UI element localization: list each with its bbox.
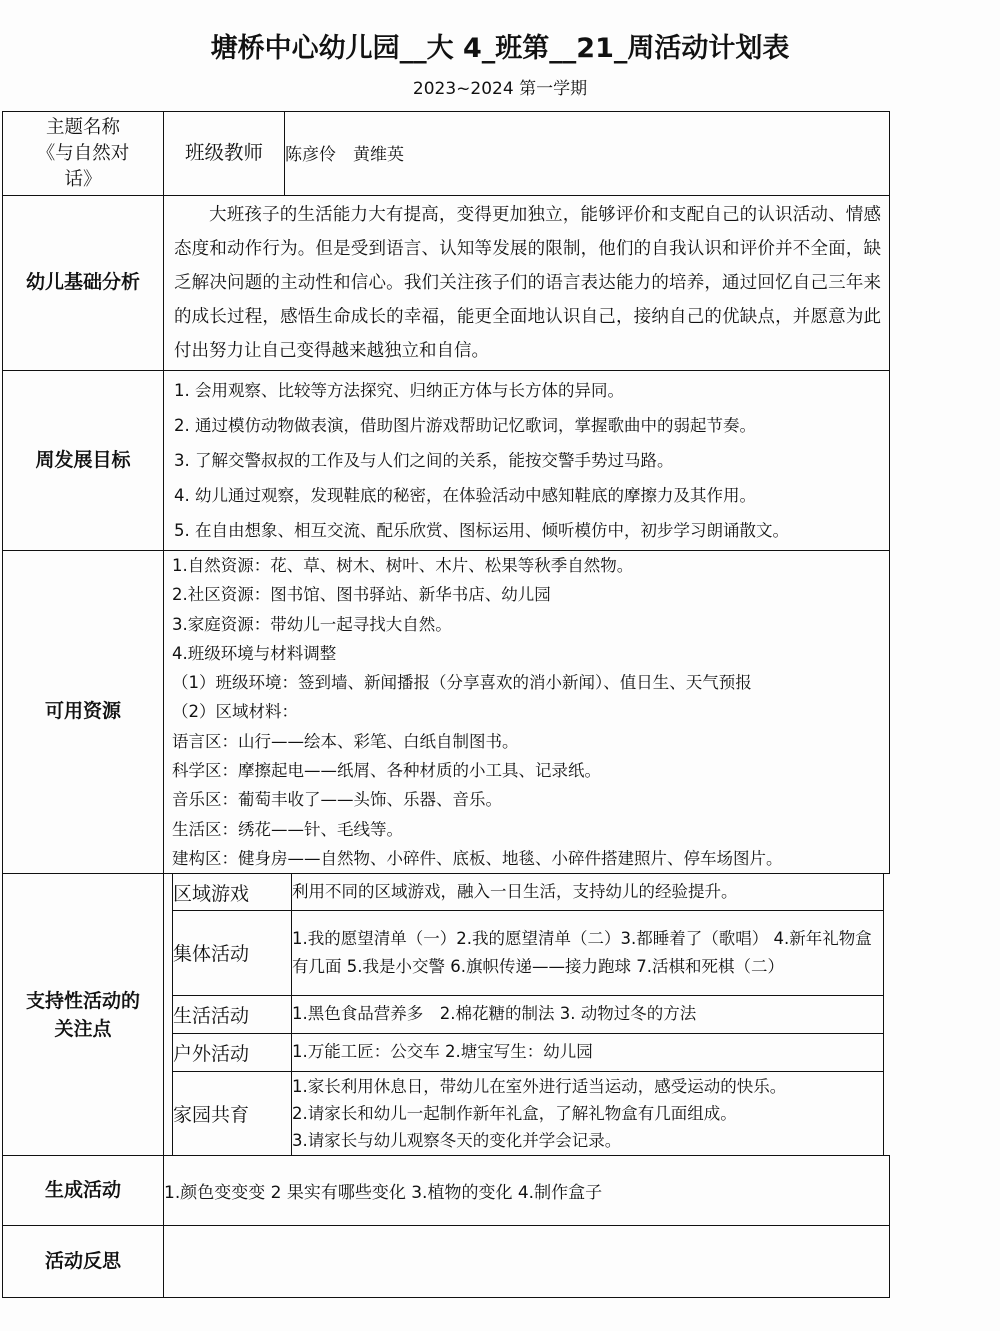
- sub-label-group-activity: 集体活动: [173, 910, 292, 995]
- sub-value-life-activity: 1.黑色食品营养多 2.棉花糖的制法 3. 动物过冬的方法: [292, 995, 884, 1033]
- support-label-cell: 支持性活动的 关注点: [3, 874, 164, 1156]
- teacher-names: 陈彦伶 黄维英: [285, 112, 890, 196]
- sub-value-group-activity: 1.我的愿望清单（一）2.我的愿望清单（二）3.都睡着了（歌唱） 4.新年礼物盒…: [292, 910, 884, 995]
- sub-label-life-activity: 生活活动: [173, 995, 292, 1033]
- support-label-line2: 关注点: [3, 1015, 163, 1043]
- home-school-item: 3.请家长与幼儿观察冬天的变化并学会记录。: [292, 1127, 883, 1154]
- reflection-row: 活动反思: [3, 1226, 890, 1298]
- analysis-text: 大班孩子的生活能力大有提高，变得更加独立，能够评价和支配自己的认识活动、情感态度…: [164, 196, 889, 370]
- sub-label-home-school: 家园共育: [173, 1071, 292, 1155]
- goal-item: 5. 在自由想象、相互交流、配乐欣赏、图标运用、倾听模仿中，初步学习朗诵散文。: [164, 513, 889, 548]
- support-subrow: 生活活动 1.黑色食品营养多 2.棉花糖的制法 3. 动物过冬的方法: [173, 995, 884, 1033]
- weekly-plan-table: 主题名称 《与自然对 话》 班级教师 陈彦伶 黄维英 幼儿基础分析 大班孩子的生…: [2, 111, 890, 1298]
- analysis-row: 幼儿基础分析 大班孩子的生活能力大有提高，变得更加独立，能够评价和支配自己的认识…: [3, 196, 890, 371]
- goals-cell: 1. 会用观察、比较等方法探究、归纳正方体与长方体的异同。 2. 通过模仿动物做…: [164, 371, 890, 551]
- resource-item: 音乐区：葡萄丰收了——头饰、乐器、音乐。: [164, 785, 889, 814]
- reflection-label: 活动反思: [3, 1226, 164, 1298]
- resource-item: 建构区：健身房——自然物、小碎件、底板、地毯、小碎件搭建照片、停车场图片。: [164, 844, 889, 873]
- resources-label: 可用资源: [3, 551, 164, 874]
- support-row: 支持性活动的 关注点 区域游戏 利用不同的区域游戏，融入一日生活，支持幼儿的经验…: [3, 874, 890, 1156]
- goal-item: 2. 通过模仿动物做表演，借助图片游戏帮助记忆歌词，掌握歌曲中的弱起节奏。: [164, 408, 889, 443]
- theme-name-cell: 主题名称 《与自然对 话》: [3, 112, 164, 196]
- support-subrow: 集体活动 1.我的愿望清单（一）2.我的愿望清单（二）3.都睡着了（歌唱） 4.…: [173, 910, 884, 995]
- sub-label-outdoor-activity: 户外活动: [173, 1033, 292, 1071]
- goal-item: 3. 了解交警叔叔的工作及与人们之间的关系，能按交警手势过马路。: [164, 443, 889, 478]
- resources-row: 可用资源 1.自然资源：花、草、树木、树叶、木片、松果等秋季自然物。 2.社区资…: [3, 551, 890, 874]
- home-school-item: 1.家长利用休息日，带幼儿在室外进行适当运动，感受运动的快乐。: [292, 1073, 883, 1100]
- goal-item: 1. 会用观察、比较等方法探究、归纳正方体与长方体的异同。: [164, 373, 889, 408]
- generated-text: 1.颜色变变变 2 果实有哪些变化 3.植物的变化 4.制作盒子: [164, 1156, 890, 1226]
- theme-name-line1: 《与自然对: [3, 141, 163, 167]
- generated-label: 生成活动: [3, 1156, 164, 1226]
- goals-row: 周发展目标 1. 会用观察、比较等方法探究、归纳正方体与长方体的异同。 2. 通…: [3, 371, 890, 551]
- home-school-item: 2.请家长和幼儿一起制作新年礼盒，了解礼物盒有几面组成。: [292, 1100, 883, 1127]
- resource-item: （2）区域材料：: [164, 697, 889, 726]
- support-subtable: 区域游戏 利用不同的区域游戏，融入一日生活，支持幼儿的经验提升。 集体活动 1.…: [172, 874, 884, 1155]
- teacher-label: 班级教师: [164, 112, 285, 196]
- support-label-line1: 支持性活动的: [3, 987, 163, 1015]
- theme-row: 主题名称 《与自然对 话》 班级教师 陈彦伶 黄维英: [3, 112, 890, 196]
- resource-item: 4.班级环境与材料调整: [164, 639, 889, 668]
- page-title: 塘桥中心幼儿园__大 4_班第__21_周活动计划表: [0, 26, 1000, 65]
- generated-row: 生成活动 1.颜色变变变 2 果实有哪些变化 3.植物的变化 4.制作盒子: [3, 1156, 890, 1226]
- support-subrow: 户外活动 1.万能工匠：公交车 2.塘宝写生：幼儿园: [173, 1033, 884, 1071]
- support-subrow: 区域游戏 利用不同的区域游戏，融入一日生活，支持幼儿的经验提升。: [173, 874, 884, 910]
- resource-item: （1）班级环境：签到墙、新闻播报（分享喜欢的消小新闻）、值日生、天气预报: [164, 668, 889, 697]
- resource-item: 3.家庭资源：带幼儿一起寻找大自然。: [164, 610, 889, 639]
- analysis-label: 幼儿基础分析: [3, 196, 164, 371]
- theme-label: 主题名称: [3, 115, 163, 141]
- semester-subtitle: 2023~2024 第一学期: [0, 74, 1000, 99]
- sub-label-zone-games: 区域游戏: [173, 874, 292, 910]
- theme-name-line2: 话》: [3, 167, 163, 193]
- support-cell: 区域游戏 利用不同的区域游戏，融入一日生活，支持幼儿的经验提升。 集体活动 1.…: [164, 874, 890, 1156]
- sub-value-home-school: 1.家长利用休息日，带幼儿在室外进行适当运动，感受运动的快乐。 2.请家长和幼儿…: [292, 1071, 884, 1155]
- sub-value-outdoor-activity: 1.万能工匠：公交车 2.塘宝写生：幼儿园: [292, 1033, 884, 1071]
- reflection-content[interactable]: [164, 1226, 890, 1298]
- resource-item: 语言区：山行——绘本、彩笔、白纸自制图书。: [164, 727, 889, 756]
- resources-cell: 1.自然资源：花、草、树木、树叶、木片、松果等秋季自然物。 2.社区资源：图书馆…: [164, 551, 890, 874]
- support-subrow: 家园共育 1.家长利用休息日，带幼儿在室外进行适当运动，感受运动的快乐。 2.请…: [173, 1071, 884, 1155]
- goal-item: 4. 幼儿通过观察，发现鞋底的秘密，在体验活动中感知鞋底的摩擦力及其作用。: [164, 478, 889, 513]
- resource-item: 生活区：绣花——针、毛线等。: [164, 815, 889, 844]
- resource-item: 2.社区资源：图书馆、图书驿站、新华书店、幼儿园: [164, 580, 889, 609]
- goals-label: 周发展目标: [3, 371, 164, 551]
- analysis-cell: 大班孩子的生活能力大有提高，变得更加独立，能够评价和支配自己的认识活动、情感态度…: [164, 196, 890, 371]
- resource-item: 科学区：摩擦起电——纸屑、各种材质的小工具、记录纸。: [164, 756, 889, 785]
- resource-item: 1.自然资源：花、草、树木、树叶、木片、松果等秋季自然物。: [164, 551, 889, 580]
- sub-value-zone-games: 利用不同的区域游戏，融入一日生活，支持幼儿的经验提升。: [292, 874, 884, 910]
